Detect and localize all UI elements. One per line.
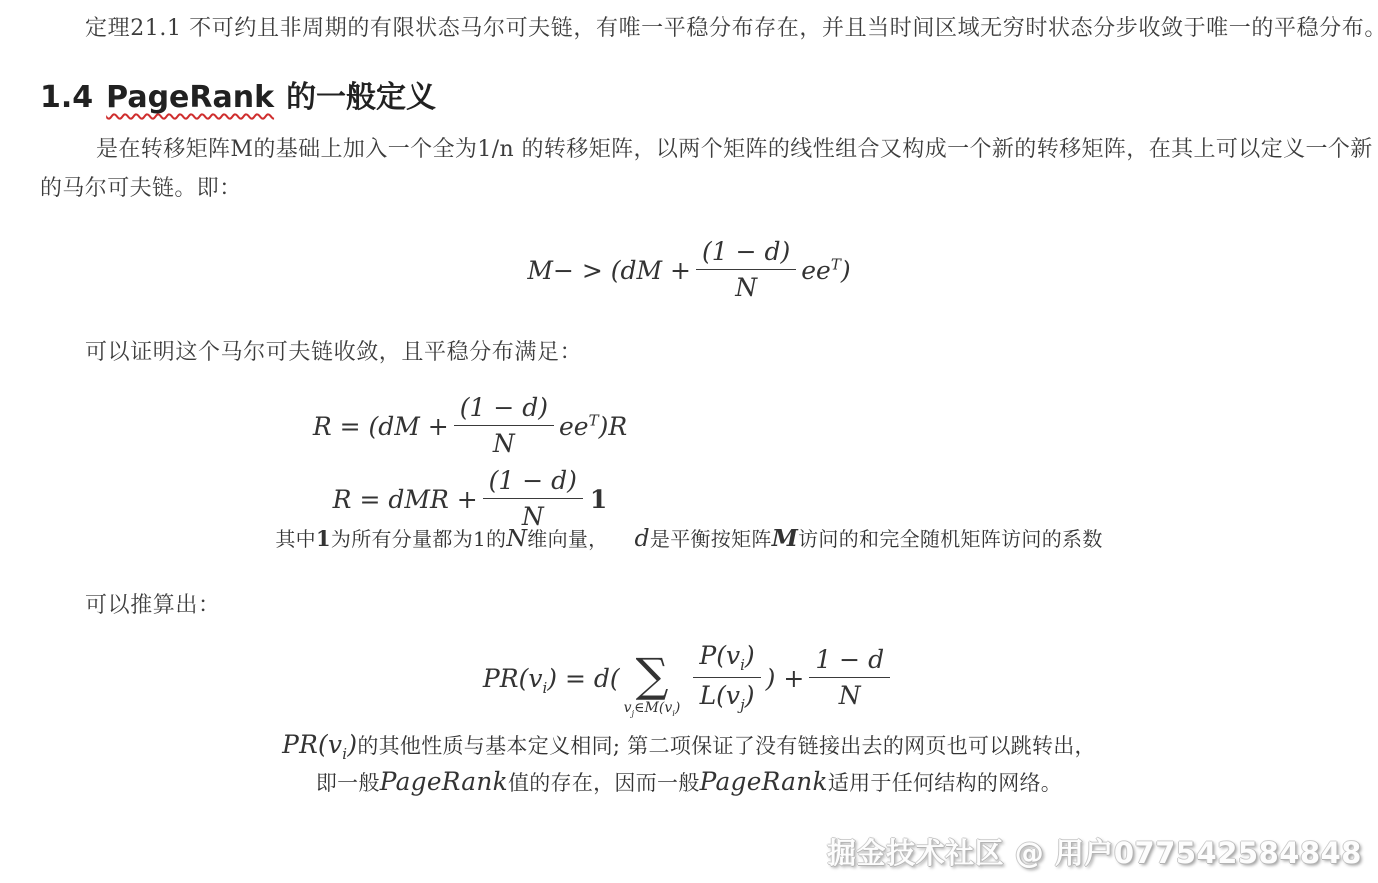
note-text: 访问的和完全随机矩阵访问的系数 — [798, 527, 1103, 551]
bold-one-vector: 1 — [316, 526, 331, 551]
math-token-group: eeT)R — [559, 412, 627, 441]
math-token: ∈M(v — [634, 700, 672, 716]
note-text: 为所有分量都为1的 — [331, 527, 506, 551]
intro-line-1: 是在转移矩阵M的基础上加入一个全为1/n 的转移矩阵，以两个矩阵的线性组合又构成… — [96, 137, 1373, 162]
math-token: L(v — [700, 681, 740, 710]
math-token: ) + — [766, 664, 805, 693]
math-token: PR(v — [282, 730, 342, 759]
math-token: R = (dM + — [313, 412, 449, 441]
math-token-group: PR(vi) = d( — [483, 664, 620, 693]
superscript-T: T — [831, 256, 841, 274]
math-token: PR(v — [483, 664, 543, 693]
math-token: ) — [745, 641, 755, 670]
math-term-pagerank: PageRank — [380, 767, 508, 796]
math-token: M− > (dM + — [527, 256, 691, 285]
note-vector-definition: 其中1为所有分量都为1的N维向量，d是平衡按矩阵M访问的和完全随机矩阵访问的系数 — [0, 523, 1378, 552]
fraction-numerator: P(vi) — [693, 641, 760, 678]
section-heading: 1.4PageRank的一般定义 — [40, 72, 436, 116]
heading-term-pagerank: PageRank — [106, 80, 274, 115]
math-token: ) — [347, 730, 357, 759]
fraction-denominator: N — [454, 426, 554, 458]
fraction-denominator: N — [809, 678, 890, 710]
lead-in-convergence: 可以证明这个马尔可夫链收敛，且平稳分布满足： — [85, 335, 582, 366]
lead-in-derivation: 可以推算出： — [85, 588, 221, 619]
superscript-T: T — [589, 412, 599, 430]
math-token-group: eeT) — [801, 256, 850, 285]
section-number: 1.4 — [40, 80, 93, 115]
note-text: 的其他性质与基本定义相同; 第二项保证了没有链接出去的网页也可以跳转出， — [357, 734, 1096, 758]
fraction-denominator: L(vj) — [693, 678, 760, 714]
math-var-d: d — [634, 524, 649, 552]
math-token: P(v — [699, 641, 740, 670]
intro-line-2: 的马尔可夫链。即： — [40, 176, 242, 201]
note-text: 值的存在，因而一般 — [508, 771, 700, 795]
fraction-denominator: N — [696, 270, 796, 302]
math-term-pagerank: PageRank — [700, 767, 828, 796]
math-token: ) = d( — [547, 664, 619, 693]
note-text: 是平衡按矩阵 — [650, 527, 772, 551]
fraction-numerator: (1 − d) — [454, 393, 554, 426]
note-pagerank-applicability: 即一般PageRank值的存在，因而一般PageRank适用于任何结构的网络。 — [0, 767, 1378, 797]
math-token: ) — [841, 256, 851, 285]
sigma-symbol: ∑ — [636, 656, 669, 695]
note-text: 即一般 — [316, 771, 380, 795]
note-text: 适用于任何结构的网络。 — [828, 771, 1062, 795]
note-pagerank-properties: PR(vi)的其他性质与基本定义相同; 第二项保证了没有链接出去的网页也可以跳转… — [0, 730, 1378, 763]
fraction-numerator: 1 − d — [809, 645, 890, 678]
formula-new-transition-matrix: M− > (dM +(1 − d)NeeT) — [0, 240, 1378, 305]
formula-R-definition: R = (dM +(1 − d)NeeT)R — [0, 396, 940, 461]
fraction: (1 − d)N — [483, 466, 583, 531]
fraction-numerator: (1 − d) — [483, 466, 583, 499]
math-var-M: M — [772, 524, 798, 552]
heading-rest: 的一般定义 — [286, 80, 436, 115]
note-text: 维向量， — [527, 527, 608, 551]
note-text: 其中 — [275, 527, 316, 551]
fraction: 1 − dN — [809, 645, 890, 710]
math-token: )R — [599, 412, 628, 441]
intro-paragraph: 是在转移矩阵M的基础上加入一个全为1/n 的转移矩阵，以两个矩阵的线性组合又构成… — [40, 130, 1370, 208]
document-page: 定理21.1 不可约且非周期的有限状态马尔可夫链，有唯一平稳分布存在，并且当时间… — [0, 0, 1378, 883]
fraction: (1 − d)N — [454, 393, 554, 458]
watermark: 掘金技术社区 @ 用户077542584848 — [827, 831, 1362, 872]
fraction: P(vi)L(vj) — [693, 641, 760, 714]
math-var-N: N — [506, 524, 527, 552]
math-token: v — [624, 700, 632, 716]
math-token: ee — [801, 256, 831, 285]
math-token: ) — [675, 700, 680, 716]
math-token: R = dMR + — [333, 485, 478, 514]
math-token-group: PR(vi) — [282, 730, 357, 759]
summation: ∑vj∈M(vi) — [624, 656, 681, 718]
bold-one-vector: 1 — [590, 485, 607, 514]
fraction-numerator: (1 − d) — [696, 237, 796, 270]
fraction: (1 − d)N — [696, 237, 796, 302]
formula-block-stationary: R = (dM +(1 − d)NeeT)R R = dMR +(1 − d)N… — [0, 396, 940, 542]
theorem-statement: 定理21.1 不可约且非周期的有限状态马尔可夫链，有唯一平稳分布存在，并且当时间… — [85, 11, 1378, 42]
math-token: ) — [745, 681, 755, 710]
summation-limits: vj∈M(vi) — [624, 700, 681, 718]
formula-pagerank-general: PR(vi) = d(∑vj∈M(vi)P(vi)L(vj)) +1 − dN — [0, 644, 1378, 717]
math-token: ee — [559, 412, 589, 441]
